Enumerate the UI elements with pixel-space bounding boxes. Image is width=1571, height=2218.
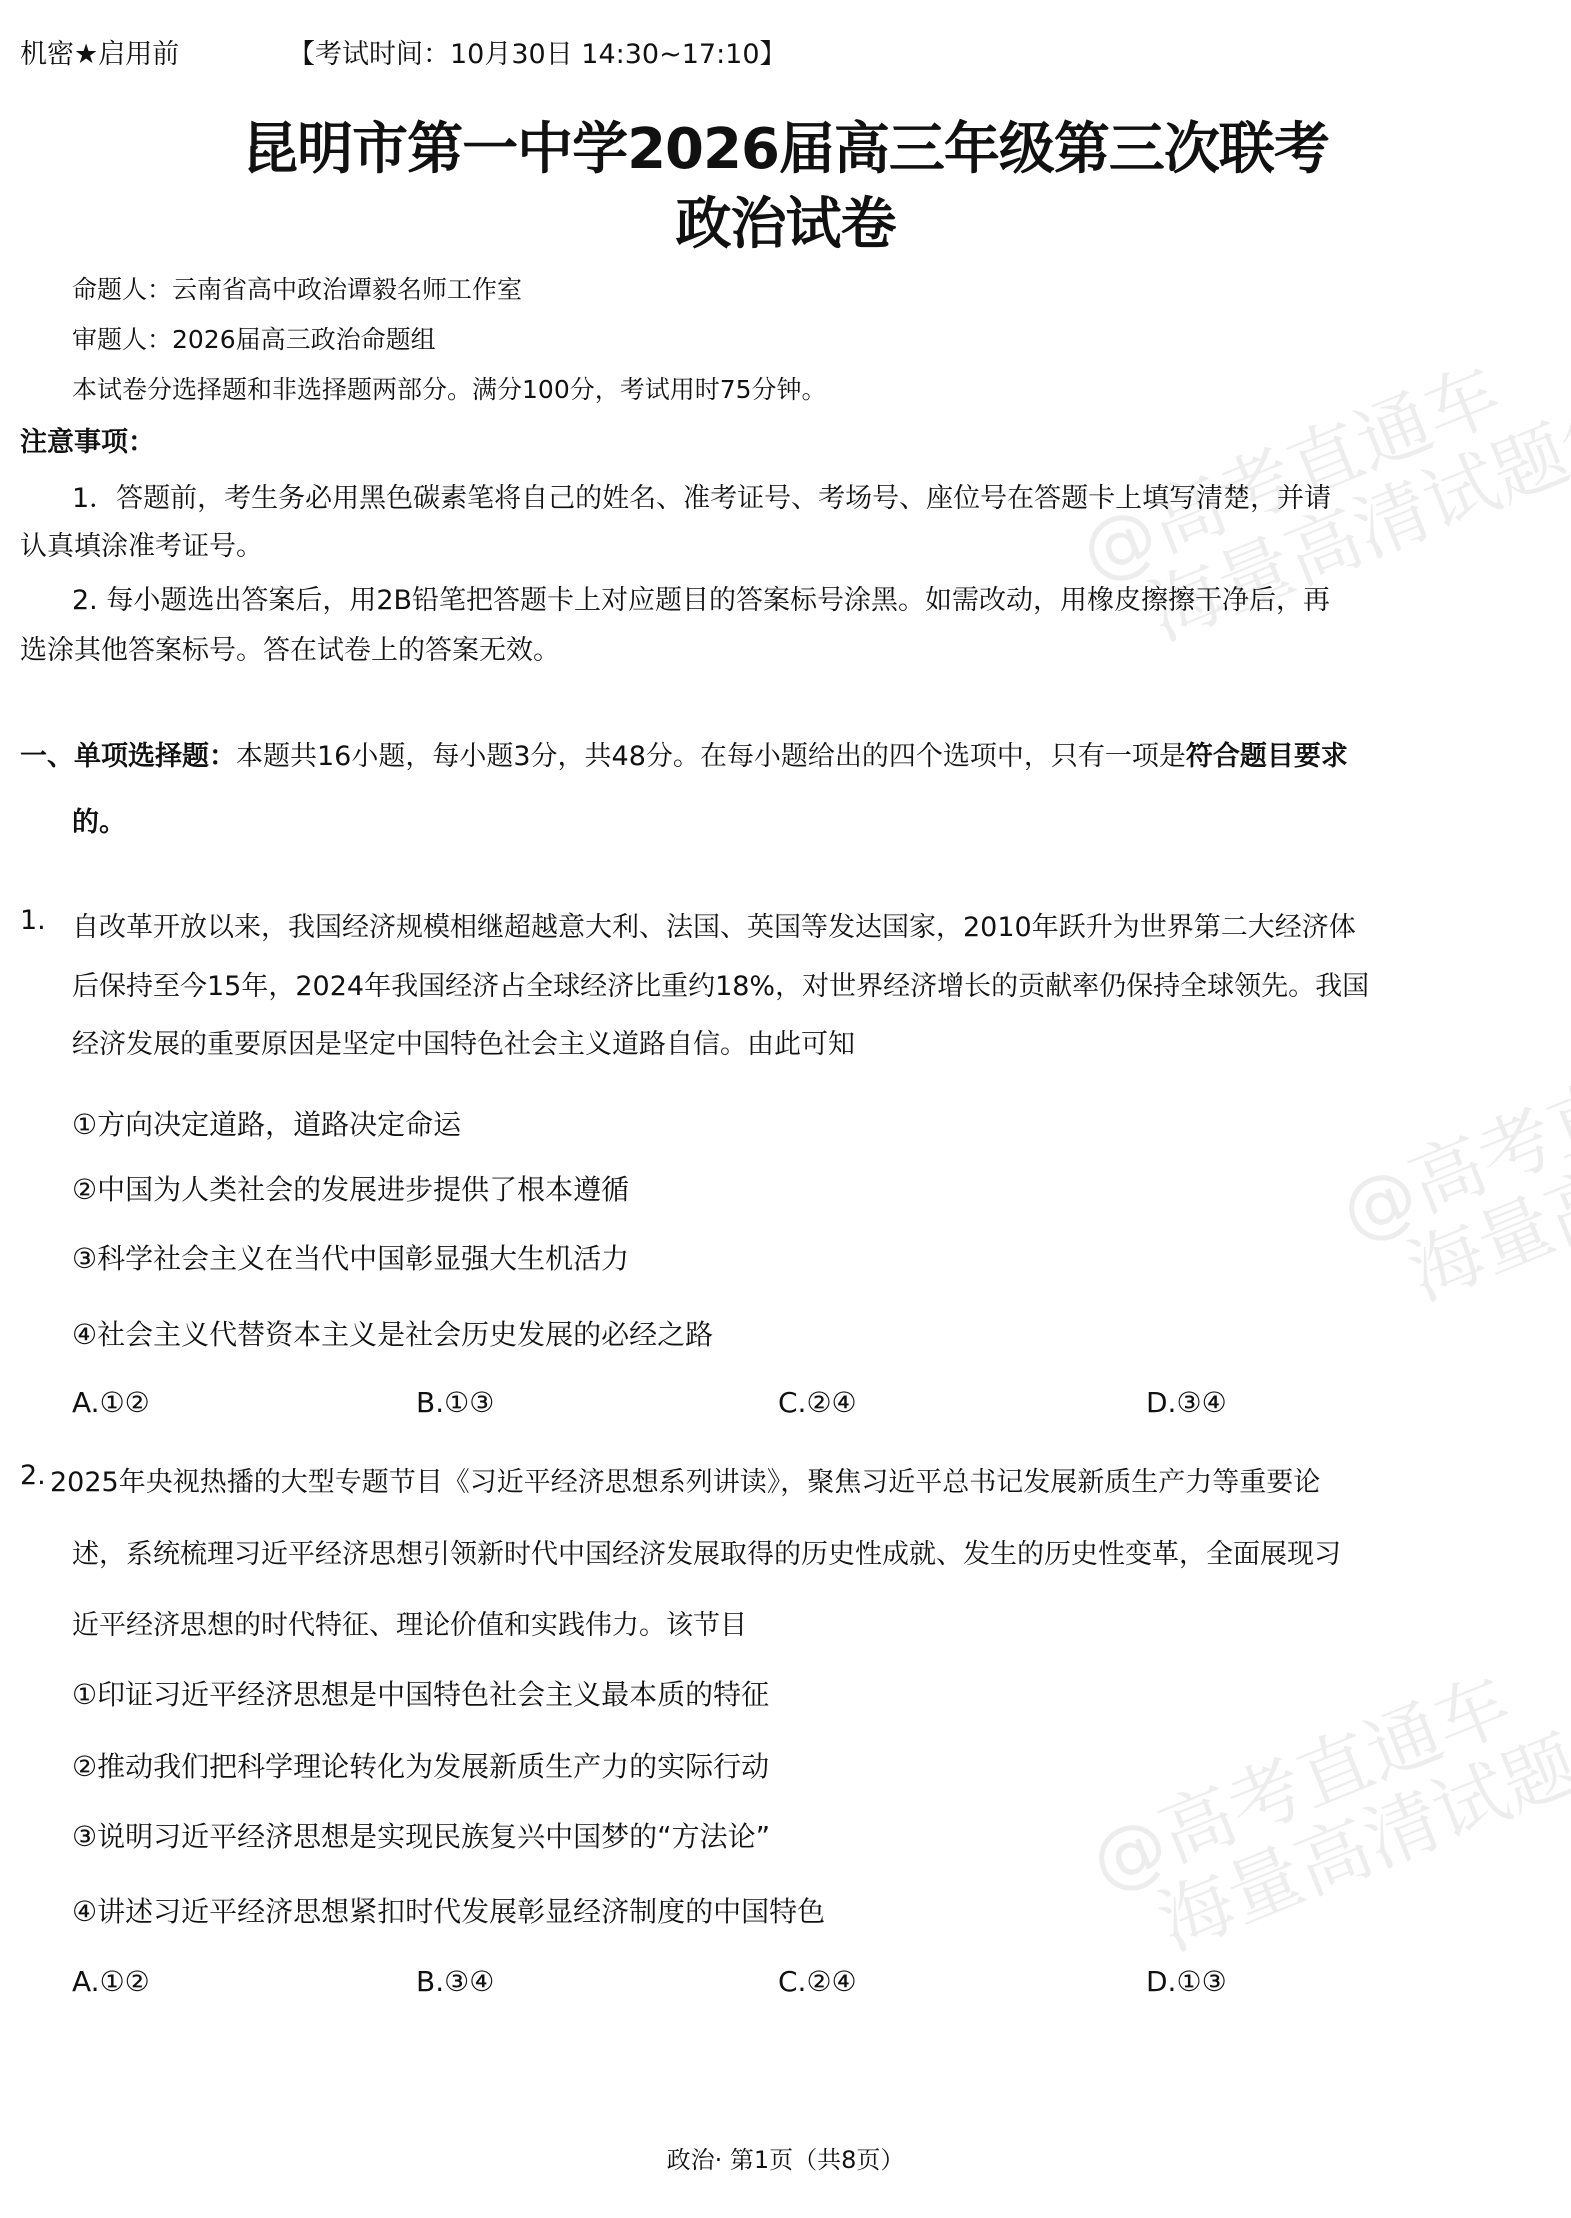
page-footer: 政治· 第1页（共8页）	[0, 2140, 1571, 2175]
notes-heading: 注意事项：	[20, 420, 155, 459]
q1-choice-c[interactable]: C.②④	[778, 1386, 857, 1419]
question-2-line1: 2025年央视热播的大型专题节目《习近平经济思想系列讲读》，聚焦习近平总书记发展…	[50, 1460, 1320, 1499]
section-heading-cont: 的。	[72, 800, 126, 839]
note-2-line1: 2. 每小题选出答案后，用2B铅笔把答题卡上对应题目的答案标号涂黑。如需改动，用…	[72, 578, 1330, 617]
confidential-label: 机密★启用前	[20, 32, 179, 71]
q1-statement-3: ③科学社会主义在当代中国彰显强大生机活力	[72, 1237, 629, 1277]
q2-choice-b[interactable]: B.③④	[416, 1965, 494, 1998]
question-1-line1: 自改革开放以来，我国经济规模相继超越意大利、法国、英国等发达国家，2010年跃升…	[72, 905, 1356, 944]
section-text: 本题共16小题，每小题3分，共48分。在每小题给出的四个选项中，只有一项是	[236, 741, 1186, 772]
reviewer-line: 审题人：2026届高三政治命题组	[72, 320, 436, 356]
q1-statement-4: ④社会主义代替资本主义是社会历史发展的必经之路	[72, 1313, 713, 1353]
question-1-line2: 后保持至今15年，2024年我国经济占全球经济比重约18%，对世界经济增长的贡献…	[72, 964, 1369, 1003]
q1-choice-b[interactable]: B.①③	[416, 1386, 494, 1419]
exam-time: 【考试时间：10月30日 14:30~17:10】	[288, 32, 787, 71]
watermark-line2: 海量高清试题免费	[1360, 1019, 1571, 1331]
q1-statement-1: ①方向决定道路，道路决定命运	[72, 1103, 461, 1143]
q2-choice-c[interactable]: C.②④	[778, 1965, 857, 1998]
q2-statement-1: ①印证习近平经济思想是中国特色社会主义最本质的特征	[72, 1673, 769, 1713]
note-1-line2: 认真填涂准考证号。	[20, 524, 263, 563]
page-title: 昆明市第一中学2026届高三年级第三次联考	[0, 105, 1571, 185]
page-subtitle: 政治试卷	[0, 180, 1571, 260]
watermark-line2: 海量高清试题免费	[1110, 1669, 1571, 1981]
question-1-line3: 经济发展的重要原因是坚定中国特色社会主义道路自信。由此可知	[72, 1022, 855, 1061]
question-2-line2: 述，系统梳理习近平经济思想引领新时代中国经济发展取得的历史性成就、发生的历史性变…	[72, 1532, 1341, 1571]
section-emphasis: 符合题目要求	[1186, 741, 1348, 772]
question-2-number: 2.	[20, 1460, 46, 1491]
q2-statement-4: ④讲述习近平经济思想紧扣时代发展彰显经济制度的中国特色	[72, 1890, 825, 1930]
q1-choice-d[interactable]: D.③④	[1146, 1386, 1227, 1419]
question-1-number: 1.	[20, 905, 46, 936]
q1-statement-2: ②中国为人类社会的发展进步提供了根本遵循	[72, 1168, 629, 1208]
note-2-line2: 选涂其他答案标号。答在试卷上的答案无效。	[20, 628, 560, 667]
note-1-line1: 1．答题前，考生务必用黑色碳素笔将自己的姓名、准考证号、考场号、座位号在答题卡上…	[72, 476, 1331, 515]
watermark-line1: @高考直通车	[1080, 1593, 1571, 1905]
watermark-line1: @高考直通车	[1070, 283, 1571, 595]
q2-statement-2: ②推动我们把科学理论转化为发展新质生产力的实际行动	[72, 1745, 769, 1785]
author-line: 命题人：云南省高中政治谭毅名师工作室	[72, 270, 522, 306]
q2-choice-d[interactable]: D.①③	[1146, 1965, 1227, 1998]
q1-choice-a[interactable]: A.①②	[72, 1386, 150, 1419]
intro-line: 本试卷分选择题和非选择题两部分。满分100分，考试用时75分钟。	[72, 370, 827, 406]
section-heading: 一、单项选择题：本题共16小题，每小题3分，共48分。在每小题给出的四个选项中，…	[20, 734, 1348, 773]
q2-statement-3: ③说明习近平经济思想是实现民族复兴中国梦的“方法论”	[72, 1815, 770, 1855]
q2-choice-a[interactable]: A.①②	[72, 1965, 150, 1998]
question-2-line3: 近平经济思想的时代特征、理论价值和实践伟力。该节目	[72, 1603, 747, 1642]
section-label: 一、单项选择题：	[20, 741, 236, 772]
watermark: @高考直通车 海量高清试题免费	[1080, 1593, 1571, 1981]
